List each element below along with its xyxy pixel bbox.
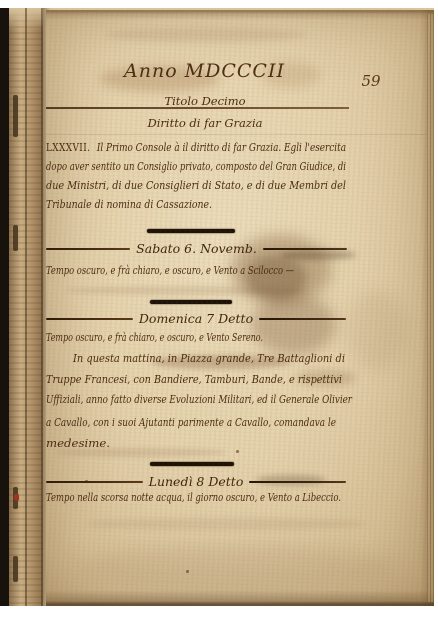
heading-rule-left	[46, 248, 130, 250]
manuscript-photo: Anno MDCCCII 59 Titolo Decimo Diritto di…	[0, 8, 434, 606]
foxing-stain	[76, 545, 396, 590]
article-number: LXXXVII.	[46, 141, 90, 154]
year-heading: Anno MDCCCII	[124, 60, 274, 82]
diary-line: medesime.	[46, 437, 110, 450]
weather-line: Tempo nella scorsa notte acqua, il giorn…	[46, 491, 341, 504]
binding-stitch	[13, 556, 18, 582]
ink-speck	[186, 570, 189, 573]
diary-line: a Cavallo, con i suoi Ajutanti parimente…	[46, 416, 336, 429]
heading-rule-right	[263, 248, 347, 250]
article-line: LXXXVII.Il Primo Console à il diritto di…	[46, 141, 346, 154]
article-text: Il Primo Console à il diritto di far Gra…	[97, 141, 346, 154]
ink-bleed-stain	[106, 28, 306, 42]
diary-line: In questa mattina, in Piazza grande, Tre…	[73, 352, 345, 365]
heading-rule-right	[259, 318, 346, 320]
manuscript-page: Anno MDCCCII 59 Titolo Decimo Diritto di…	[46, 10, 434, 606]
ink-speck	[236, 450, 239, 453]
page-stack-edges	[427, 14, 434, 602]
foxing-stain	[346, 290, 406, 370]
ink-bar	[150, 300, 232, 304]
article-line: Tribunale di nomina di Cassazione.	[46, 198, 212, 211]
ink-bleed-stain	[86, 518, 366, 530]
ink-bar	[150, 462, 234, 466]
weather-line: Tempo oscuro, e frà chiaro, e oscuro, e …	[46, 331, 263, 344]
section-title: Titolo Decimo	[130, 94, 280, 108]
book-spine	[0, 8, 9, 606]
article-line: dopo aver sentito un Consiglio privato, …	[46, 160, 346, 173]
entry-heading-sabato: Sabato 6. Novemb.	[46, 241, 347, 256]
weather-line: Tempo oscuro, e frà chiaro, e oscuro, e …	[46, 264, 294, 277]
article-line: due Ministri, di due Consiglieri di Stat…	[46, 179, 346, 192]
entry-heading-text: Sabato 6. Novemb.	[136, 241, 257, 256]
faint-rule	[46, 134, 426, 135]
binding-stitch	[13, 225, 18, 251]
entry-heading-lunedi: Lunedì 8 Detto	[46, 474, 346, 489]
page-number: 59	[351, 72, 391, 90]
heading-rule-right	[249, 481, 346, 483]
binding-red-thread	[14, 494, 19, 501]
diary-line: Uffiziali, anno fatto diverse Evoluzioni…	[46, 393, 352, 406]
heading-rule-left	[46, 481, 143, 483]
binding-seam	[25, 8, 27, 606]
entry-heading-text: Lunedì 8 Detto	[149, 474, 244, 489]
ink-bleed-stain	[66, 286, 306, 295]
section-subtitle: Diritto di far Grazia	[130, 116, 280, 130]
diary-line: Truppe Francesi, con Bandiere, Tamburi, …	[46, 373, 342, 386]
entry-heading-domenica: Domenica 7 Detto	[46, 311, 346, 326]
ink-bar	[147, 229, 235, 233]
binding-stitch	[13, 95, 18, 137]
heading-rule-left	[46, 318, 133, 320]
burn-stain	[246, 255, 306, 300]
entry-heading-text: Domenica 7 Detto	[139, 311, 253, 326]
